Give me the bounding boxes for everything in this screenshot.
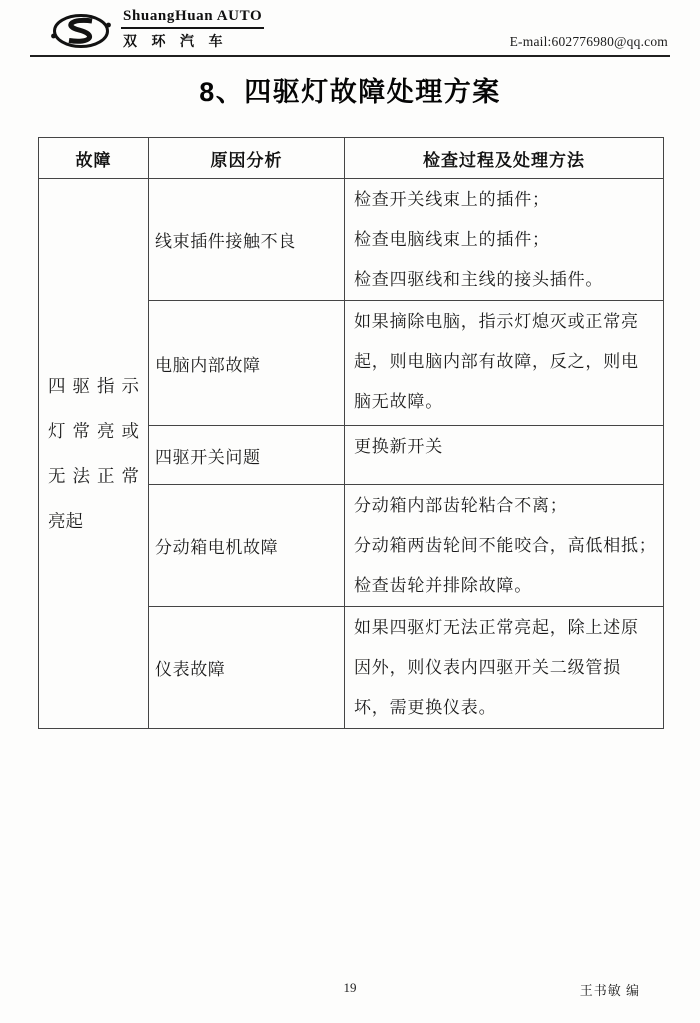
col-header-cause: 原因分析 [149,138,345,179]
cause-cell: 分动箱电机故障 [149,485,345,607]
method-line: 检查四驱线和主线的接头插件。 [354,260,655,300]
fault-line: 无法正常 [48,454,139,499]
method-line: 如果摘除电脑，指示灯熄灭或正常亮起，则电脑内部有故障，反之，则电脑无故障。 [354,302,655,422]
page-title: 8、四驱灯故障处理方案 [0,70,700,109]
table-row: 四驱指示 灯常亮或 无法正常 亮起 线束插件接触不良 检查开关线束上的插件； 检… [39,179,664,301]
document-page: ShuangHuan AUTO 双 环 汽 车 E-mail:602776980… [0,0,700,1023]
method-cell: 如果摘除电脑，指示灯熄灭或正常亮起，则电脑内部有故障，反之，则电脑无故障。 [345,301,664,426]
header-divider [30,55,670,57]
method-cell: 更换新开关 [345,426,664,485]
company-logo: ShuangHuan AUTO 双 环 汽 车 [50,8,264,51]
brand-text: ShuangHuan AUTO 双 环 汽 车 [121,8,264,51]
brand-name-en: ShuangHuan AUTO [121,8,264,29]
col-header-fault: 故障 [39,138,149,179]
col-header-method: 检查过程及处理方法 [345,138,664,179]
fault-line: 亮起 [48,499,139,544]
cause-cell: 四驱开关问题 [149,426,345,485]
method-line: 分动箱两齿轮间不能咬合，高低相抵； [354,526,655,566]
method-line: 如果四驱灯无法正常亮起，除上述原因外，则仪表内四驱开关二级管损坏，需更换仪表。 [354,608,655,728]
editor-credit: 王书敏 编 [580,980,640,999]
contact-email: E-mail:602776980@qq.com [510,34,668,50]
method-line: 检查开关线束上的插件； [354,180,655,220]
fault-line: 四驱指示 [48,364,139,409]
fault-line: 灯常亮或 [48,409,139,454]
cause-cell: 线束插件接触不良 [149,179,345,301]
method-line: 更换新开关 [354,427,655,467]
method-cell: 如果四驱灯无法正常亮起，除上述原因外，则仪表内四驱开关二级管损坏，需更换仪表。 [345,607,664,729]
shuanghuan-s-icon [50,11,112,51]
fault-text: 四驱指示 灯常亮或 无法正常 亮起 [39,364,148,544]
fault-table: 故障 原因分析 检查过程及处理方法 四驱指示 灯常亮或 无法正常 亮起 线束插件… [38,137,664,729]
brand-name-cn: 双 环 汽 车 [121,31,264,51]
table-header-row: 故障 原因分析 检查过程及处理方法 [39,138,664,179]
cause-cell: 电脑内部故障 [149,301,345,426]
method-line: 检查电脑线束上的插件； [354,220,655,260]
method-line: 检查齿轮并排除故障。 [354,566,655,606]
cause-cell: 仪表故障 [149,607,345,729]
method-cell: 检查开关线束上的插件； 检查电脑线束上的插件； 检查四驱线和主线的接头插件。 [345,179,664,301]
method-line: 分动箱内部齿轮粘合不离； [354,486,655,526]
method-cell: 分动箱内部齿轮粘合不离； 分动箱两齿轮间不能咬合，高低相抵； 检查齿轮并排除故障… [345,485,664,607]
fault-description-cell: 四驱指示 灯常亮或 无法正常 亮起 [39,179,149,729]
